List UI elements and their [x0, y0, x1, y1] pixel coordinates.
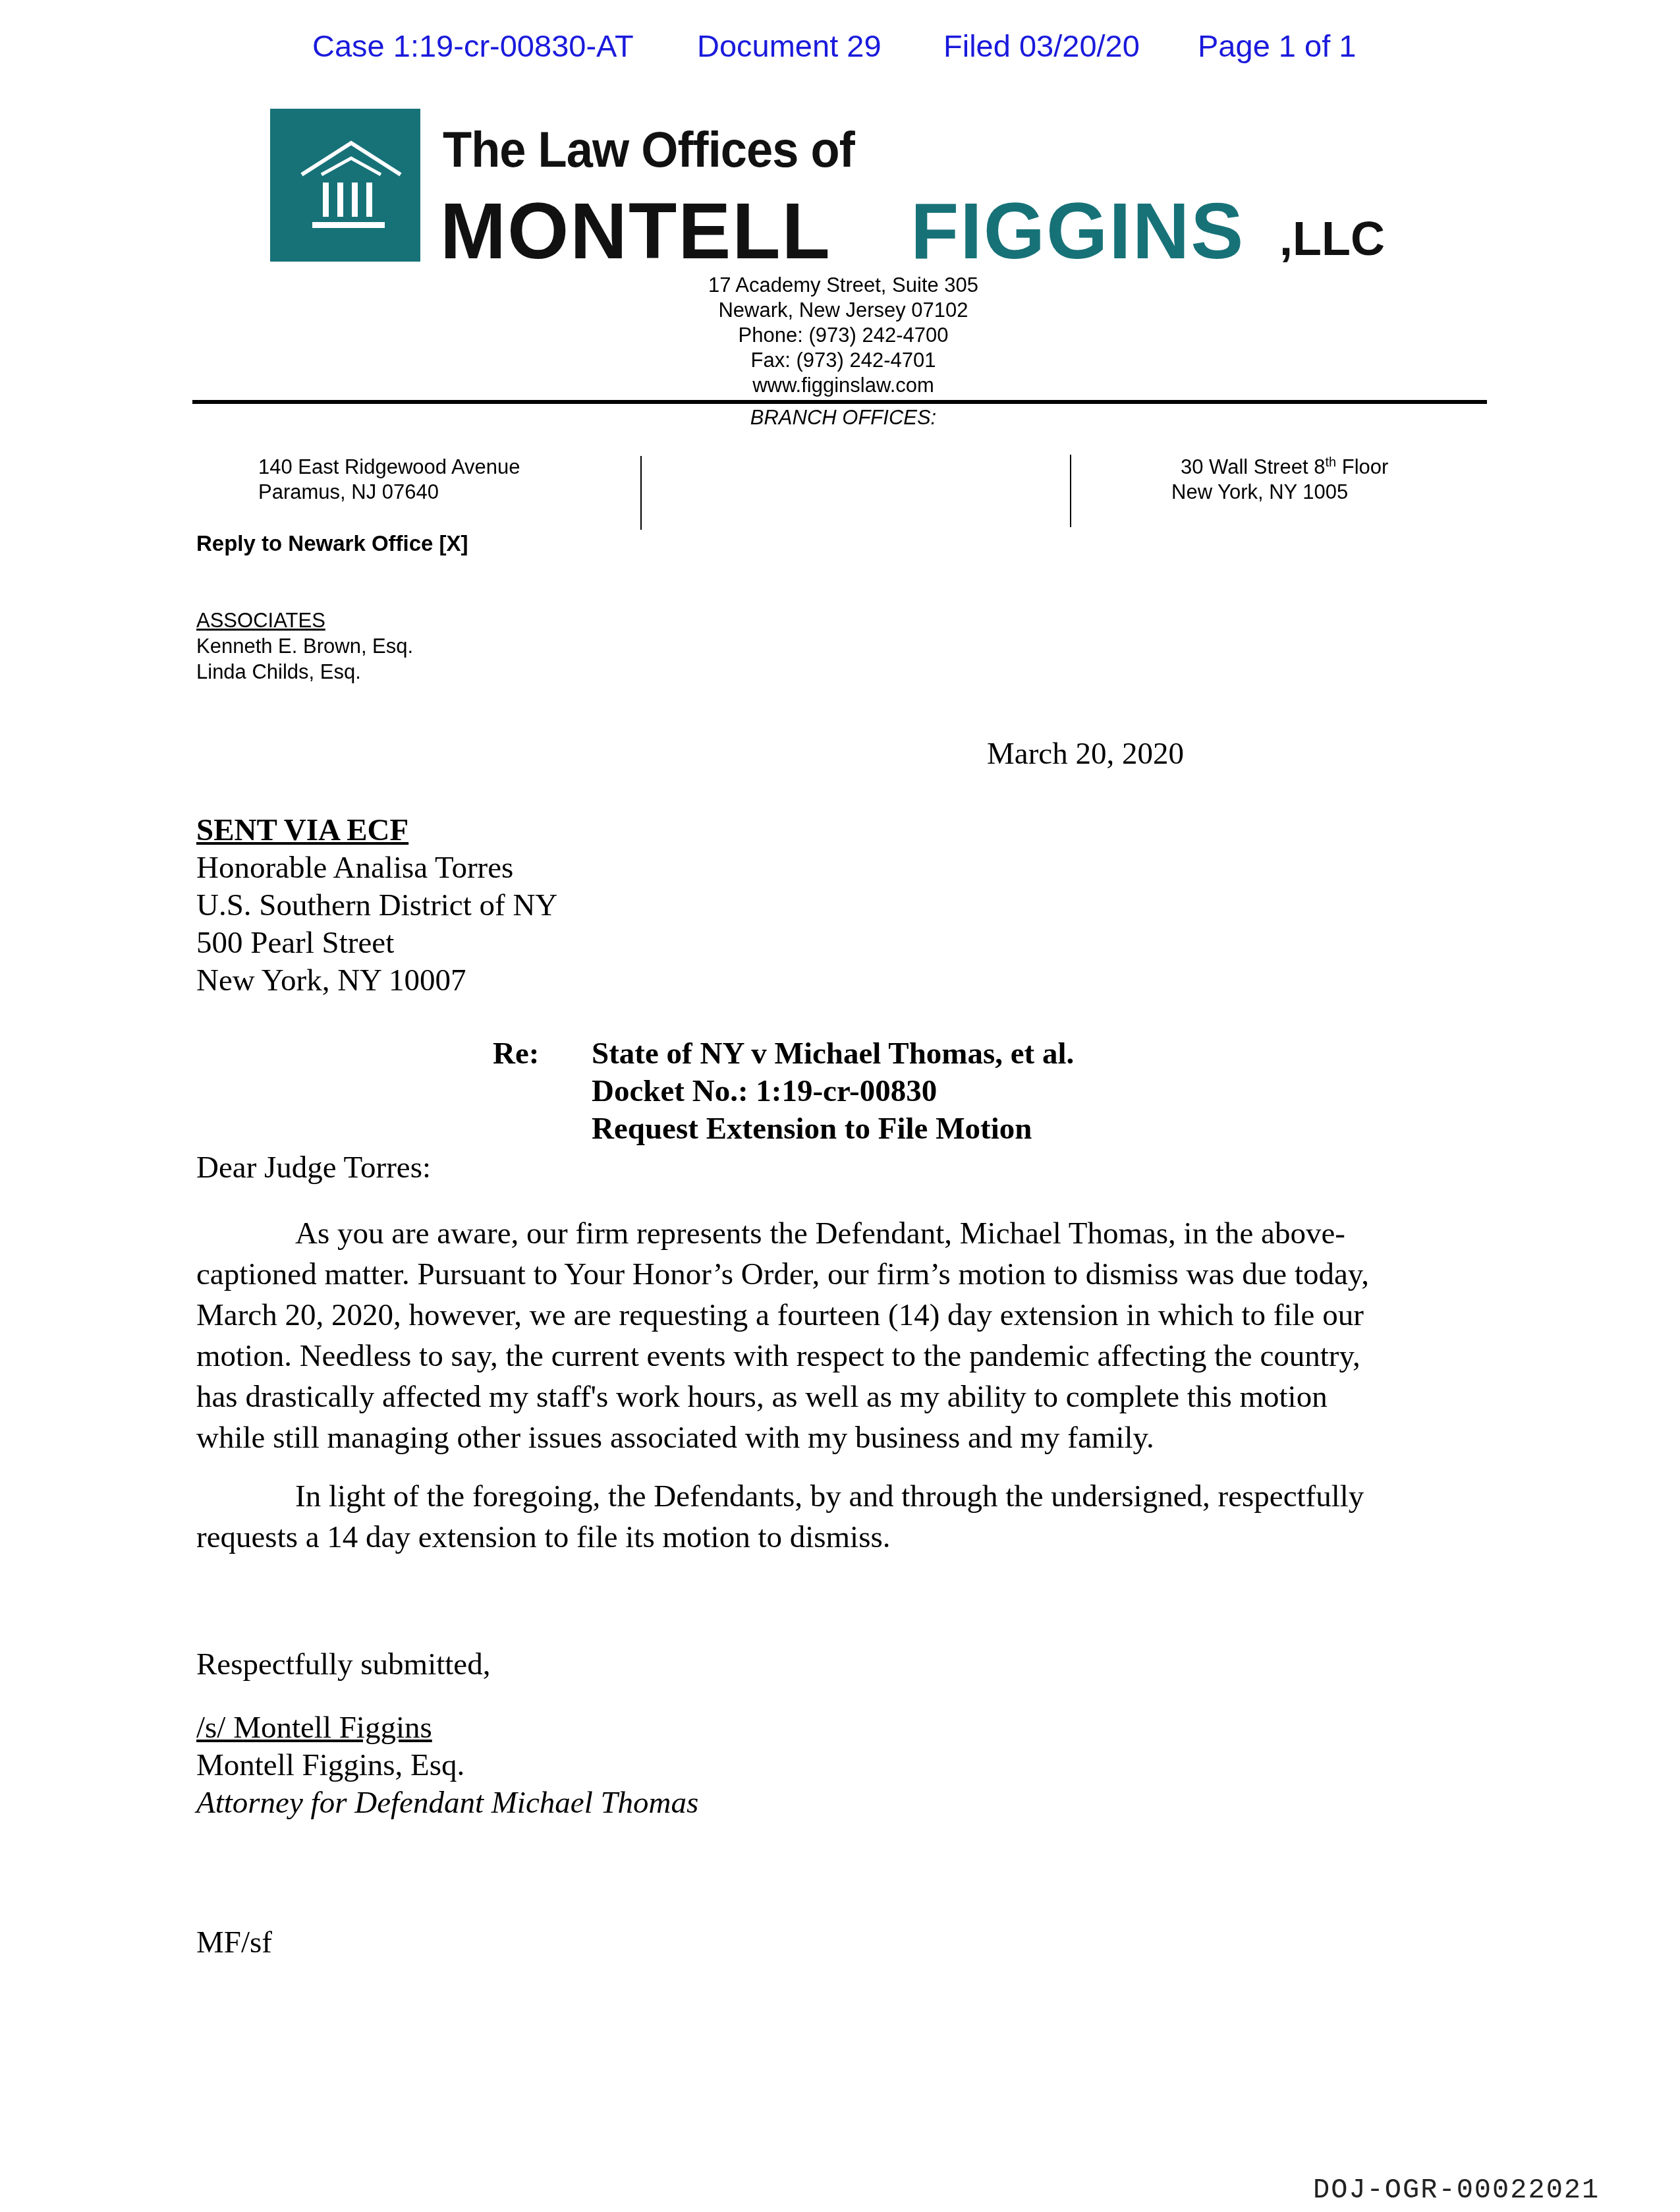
bates-number: DOJ-OGR-00022021	[1313, 2174, 1600, 2206]
logo-name-figgins: FIGGINS	[910, 186, 1245, 277]
typist-initials: MF/sf	[196, 1924, 272, 1961]
address-website: www.figginslaw.com	[184, 373, 1502, 398]
docket-number: Docket No.: 1:19-cr-00830	[592, 1073, 1074, 1110]
subject-block: State of NY v Michael Thomas, et al. Doc…	[592, 1035, 1074, 1148]
body-paragraph-2: In light of the foregoing, the Defendant…	[196, 1476, 1448, 1558]
address-phone: Phone: (973) 242-4700	[184, 323, 1502, 348]
recipient-name: Honorable Analisa Torres	[196, 849, 557, 887]
closing: Respectfully submitted,	[196, 1646, 490, 1683]
main-office-address: 17 Academy Street, Suite 305 Newark, New…	[184, 273, 1502, 398]
courthouse-columns-icon	[270, 109, 420, 262]
associate-name: Kenneth E. Brown, Esq.	[196, 633, 413, 659]
reply-to-office: Reply to Newark Office [X]	[196, 531, 468, 556]
letter-date: March 20, 2020	[987, 735, 1184, 772]
recipient-street: 500 Pearl Street	[196, 924, 557, 962]
filed-date: Filed 03/20/20	[943, 28, 1140, 64]
signature-block: /s/ Montell Figgins Montell Figgins, Esq…	[196, 1709, 698, 1822]
re-label: Re:	[493, 1035, 539, 1072]
branch-divider	[1070, 455, 1071, 527]
recipient-block: SENT VIA ECF Honorable Analisa Torres U.…	[196, 812, 557, 1000]
page-count: Page 1 of 1	[1198, 28, 1356, 64]
branch-left-street: 140 East Ridgewood Avenue	[258, 455, 520, 480]
signer-role: Attorney for Defendant Michael Thomas	[196, 1784, 698, 1822]
branch-left-city: Paramus, NJ 07640	[258, 480, 520, 505]
signer-name: Montell Figgins, Esq.	[196, 1747, 698, 1784]
associate-name: Linda Childs, Esq.	[196, 659, 413, 685]
salutation: Dear Judge Torres:	[196, 1149, 431, 1186]
branch-offices-label: BRANCH OFFICES:	[184, 406, 1502, 430]
electronic-signature: /s/ Montell Figgins	[196, 1709, 698, 1747]
subject-line: Request Extension to File Motion	[592, 1110, 1074, 1148]
associates-list: ASSOCIATES Kenneth E. Brown, Esq. Linda …	[196, 608, 413, 685]
associates-heading: ASSOCIATES	[196, 608, 413, 633]
branch-office-new-york: 30 Wall Street 8th Floor New York, NY 10…	[1171, 455, 1388, 505]
document-number: Document 29	[697, 28, 882, 64]
recipient-city: New York, NY 10007	[196, 962, 557, 1000]
address-fax: Fax: (973) 242-4701	[184, 348, 1502, 373]
address-city: Newark, New Jersey 07102	[184, 298, 1502, 323]
case-number: Case 1:19-cr-00830-AT	[312, 28, 634, 64]
case-caption: State of NY v Michael Thomas, et al.	[592, 1035, 1074, 1073]
logo-tagline: The Law Offices of	[443, 121, 854, 179]
address-street: 17 Academy Street, Suite 305	[184, 273, 1502, 298]
firm-logo-icon	[270, 109, 420, 262]
delivery-method: SENT VIA ECF	[196, 812, 557, 849]
logo-suffix: ,LLC	[1279, 212, 1385, 266]
body-paragraph-1: As you are aware, our firm represents th…	[196, 1213, 1448, 1458]
letterhead-divider	[192, 400, 1487, 404]
branch-right-city: New York, NY 1005	[1171, 480, 1388, 505]
branch-right-street: 30 Wall Street 8th Floor	[1171, 455, 1388, 480]
branch-divider	[640, 456, 642, 530]
recipient-court: U.S. Southern District of NY	[196, 887, 557, 924]
logo-name-montell: MONTELL	[440, 186, 831, 277]
branch-office-paramus: 140 East Ridgewood Avenue Paramus, NJ 07…	[258, 455, 520, 505]
